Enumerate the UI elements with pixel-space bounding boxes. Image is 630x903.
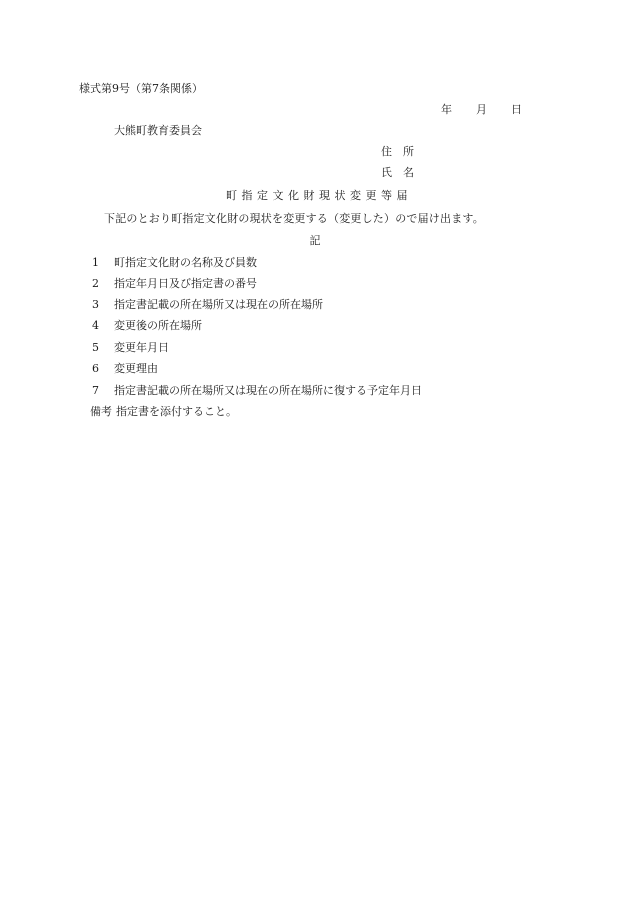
month-label: 月 — [476, 104, 487, 115]
form-number: 様式第9号（第7条関係） — [79, 83, 203, 94]
address-label-char-1: 住 — [381, 146, 403, 157]
recipient: 大熊町教育委員会 — [114, 125, 202, 136]
remarks-label: 備考 — [90, 406, 116, 417]
ki-heading: 記 — [0, 235, 630, 246]
list-item: 6変更理由 — [92, 363, 158, 374]
item-text: 変更後の所在場所 — [114, 319, 202, 332]
item-text: 指定書記載の所在場所又は現在の所在場所に復する予定年月日 — [114, 384, 422, 397]
list-item: 4変更後の所在場所 — [92, 320, 202, 331]
remarks-text: 指定書を添付すること。 — [116, 405, 237, 418]
item-text: 指定書記載の所在場所又は現在の所在場所 — [114, 298, 323, 311]
item-number: 7 — [92, 385, 114, 396]
intro-text: 下記のとおり町指定文化財の現状を変更する（変更した）ので届け出ます。 — [104, 213, 484, 224]
item-number: 4 — [92, 320, 114, 331]
list-item: 7指定書記載の所在場所又は現在の所在場所に復する予定年月日 — [92, 385, 422, 396]
list-item: 3指定書記載の所在場所又は現在の所在場所 — [92, 299, 323, 310]
remarks: 備考指定書を添付すること。 — [90, 406, 237, 417]
name-label-char-1: 氏 — [381, 167, 403, 178]
item-text: 変更年月日 — [114, 341, 169, 354]
name-label: 氏名 — [381, 167, 414, 178]
item-text: 町指定文化財の名称及び員数 — [114, 256, 257, 269]
list-item: 2指定年月日及び指定書の番号 — [92, 278, 257, 289]
address-label-char-2: 所 — [403, 145, 414, 158]
item-number: 5 — [92, 342, 114, 353]
document-page: 様式第9号（第7条関係） 年月日 大熊町教育委員会 住所 氏名 町指定文化財現状… — [0, 0, 630, 903]
item-text: 変更理由 — [114, 362, 158, 375]
document-title: 町指定文化財現状変更等届 — [0, 190, 630, 201]
year-label: 年 — [441, 104, 452, 115]
name-label-char-2: 名 — [403, 166, 414, 179]
date-line: 年月日 — [441, 104, 522, 115]
list-item: 1町指定文化財の名称及び員数 — [92, 257, 257, 268]
day-label: 日 — [511, 104, 522, 115]
address-label: 住所 — [381, 146, 414, 157]
item-number: 6 — [92, 363, 114, 374]
list-item: 5変更年月日 — [92, 342, 169, 353]
item-number: 3 — [92, 299, 114, 310]
item-number: 2 — [92, 278, 114, 289]
item-number: 1 — [92, 257, 114, 268]
item-text: 指定年月日及び指定書の番号 — [114, 277, 257, 290]
